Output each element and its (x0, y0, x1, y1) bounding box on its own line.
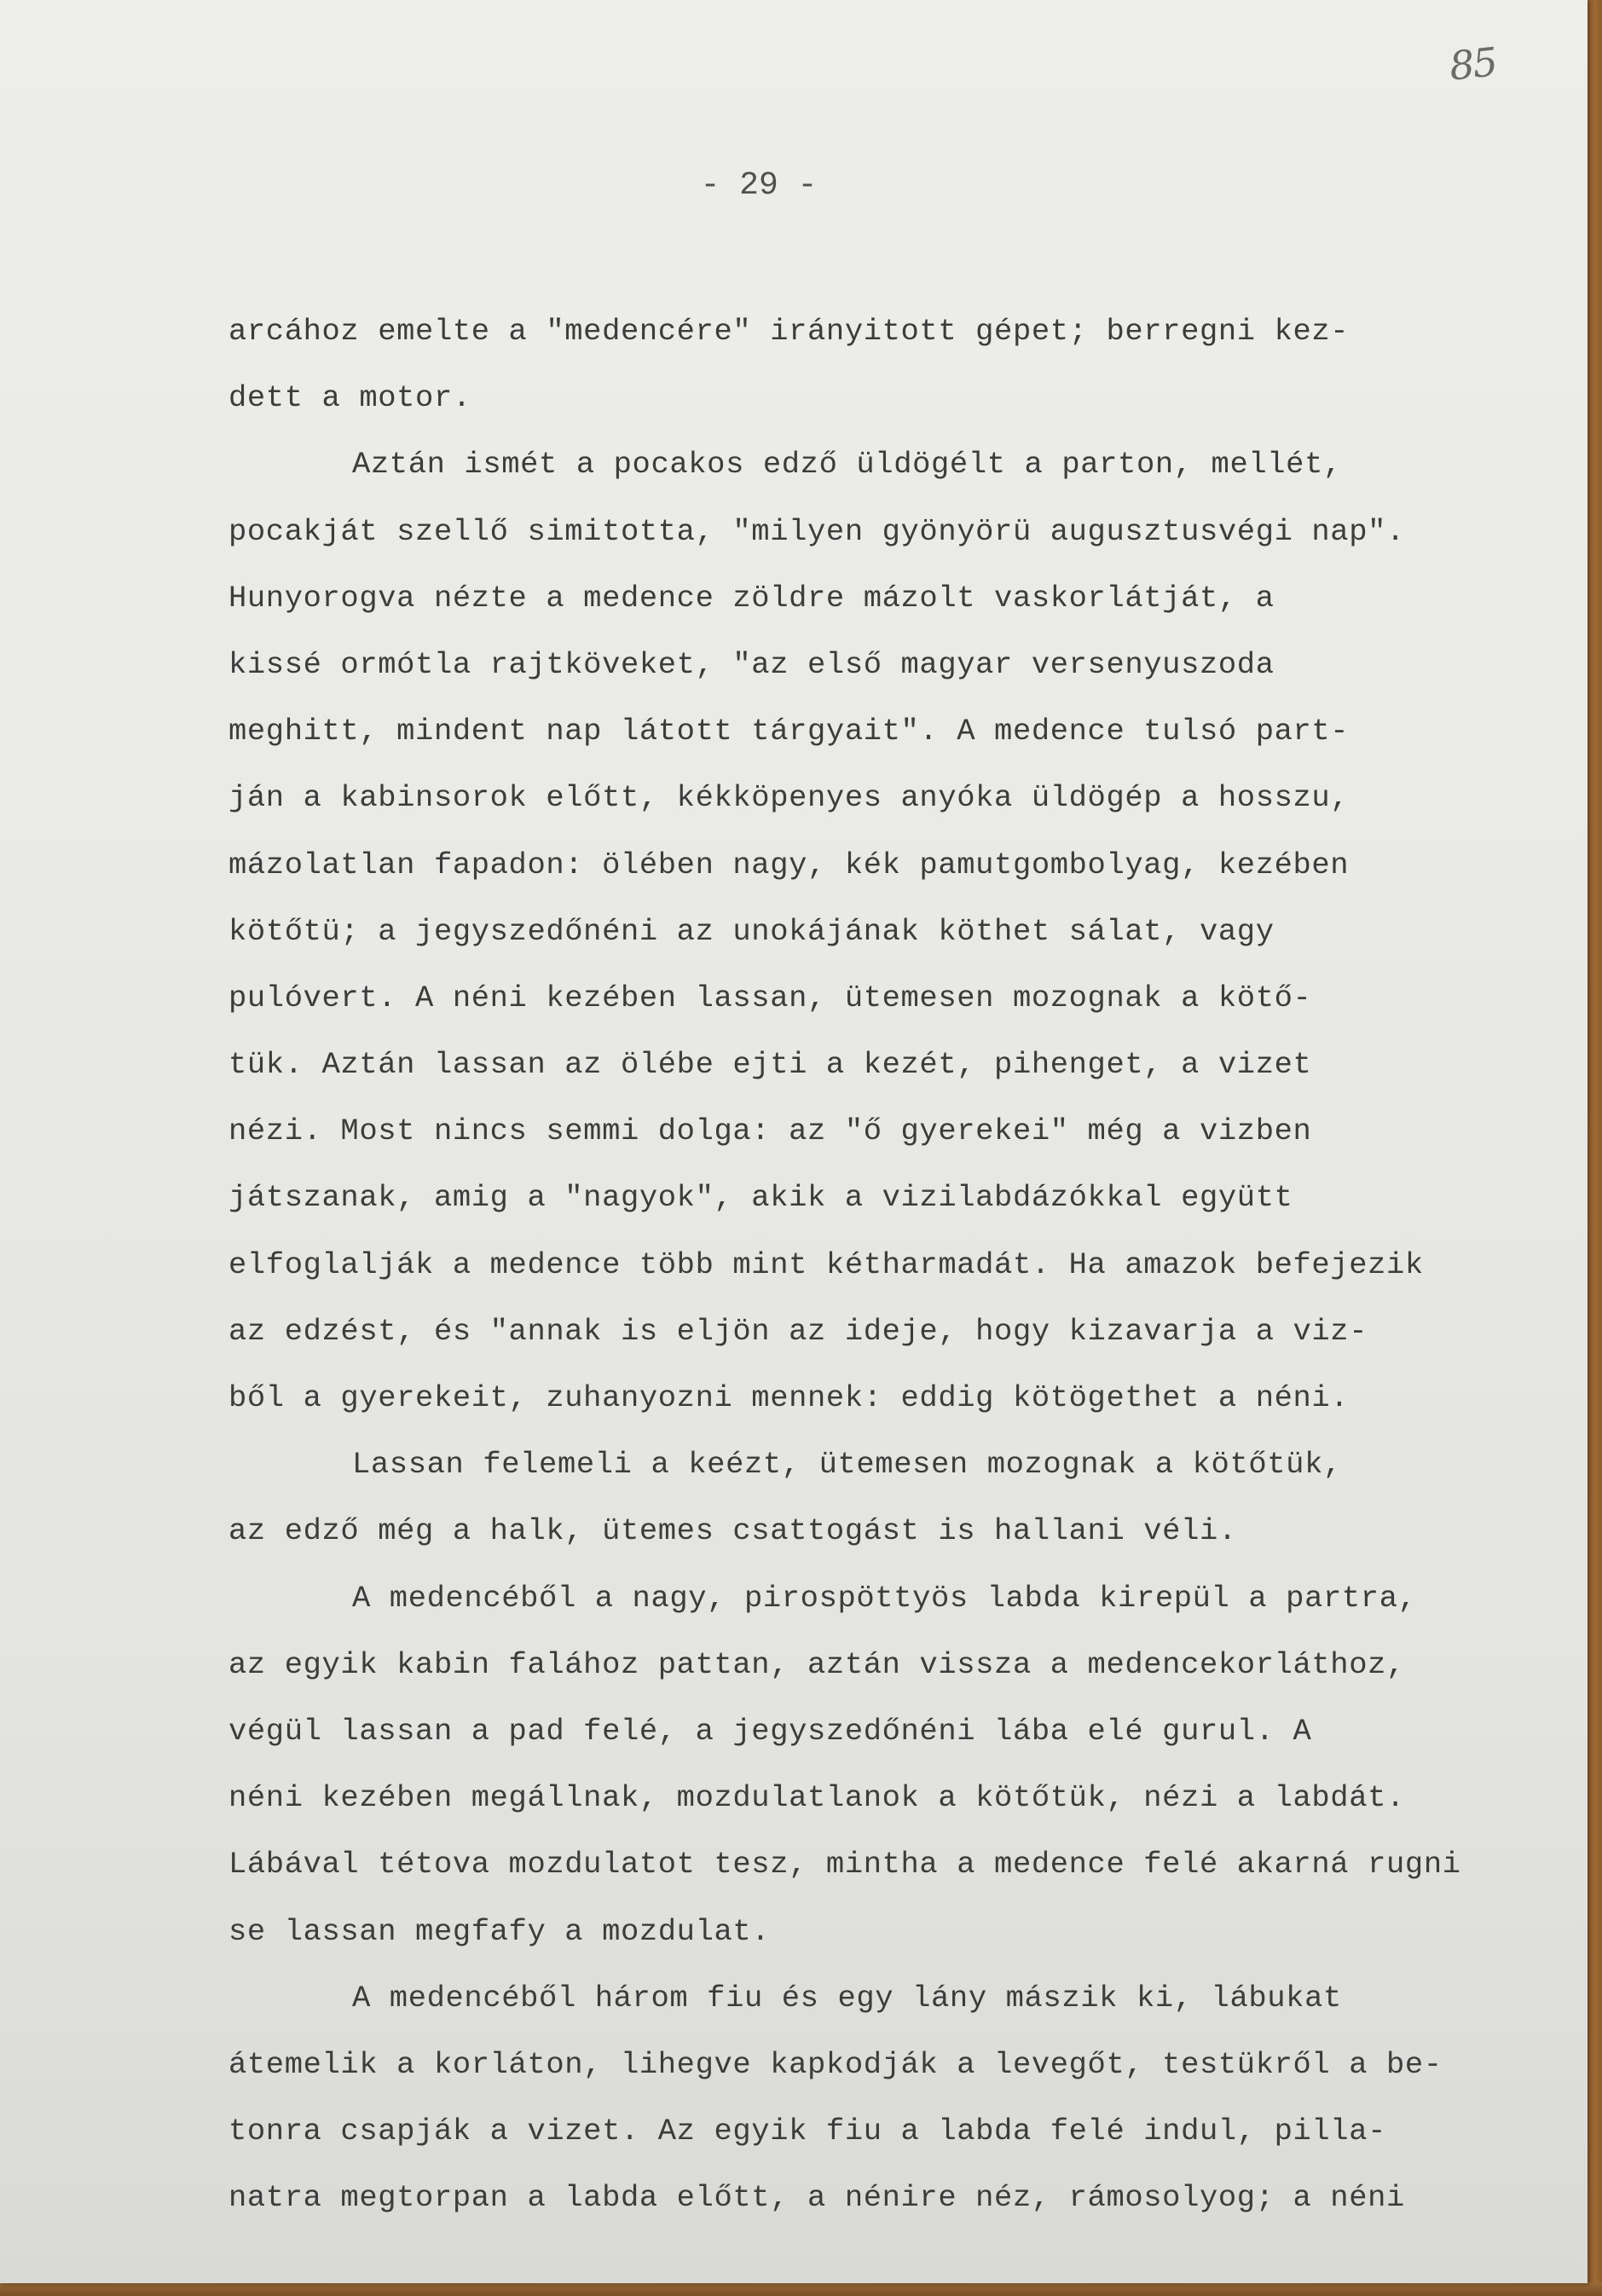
text-line: Lábával tétova mozdulatot tesz, mintha a… (228, 1831, 1593, 1898)
text-line: nézi. Most nincs semmi dolga: az "ő gyer… (228, 1098, 1593, 1165)
text-line: kissé ormótla rajtköveket, "az első magy… (228, 632, 1593, 698)
text-line: Lassan felemeli a keézt, ütemesen mozogn… (228, 1431, 1593, 1498)
text-line: néni kezében megállnak, mozdulatlanok a … (228, 1765, 1593, 1831)
text-line: Hunyorogva nézte a medence zöldre mázolt… (228, 565, 1593, 632)
text-line: az edzést, és "annak is eljön az ideje, … (228, 1298, 1593, 1365)
handwritten-folio-number: 85 (1447, 38, 1498, 89)
text-line: meghitt, mindent nap látott tárgyait". A… (228, 698, 1593, 765)
text-line: ből a gyerekeit, zuhanyozni mennek: eddi… (228, 1365, 1593, 1431)
text-line: átemelik a korláton, lihegve kapkodják a… (228, 2032, 1593, 2098)
text-line: az edző még a halk, ütemes csattogást is… (228, 1498, 1593, 1564)
text-line: arcához emelte a "medencére" irányitott … (228, 298, 1593, 365)
text-line: Aztán ismét a pocakos edző üldögélt a pa… (228, 431, 1593, 498)
text-line: tük. Aztán lassan az ölébe ejti a kezét,… (228, 1032, 1593, 1098)
page-number: - 29 - (0, 167, 1518, 204)
text-line: ján a kabinsorok előtt, kékköpenyes anyó… (228, 765, 1593, 831)
wooden-table-edge-bottom (0, 2282, 1602, 2296)
typewritten-page: 85 - 29 - arcához emelte a "medencére" i… (0, 0, 1588, 2283)
text-line: natra megtorpan a labda előtt, a nénire … (228, 2165, 1593, 2231)
text-line: pulóvert. A néni kezében lassan, ütemese… (228, 965, 1593, 1032)
text-line: mázolatlan fapadon: ölében nagy, kék pam… (228, 832, 1593, 899)
text-line: elfoglalják a medence több mint kétharma… (228, 1232, 1593, 1298)
text-line: tonra csapják a vizet. Az egyik fiu a la… (228, 2098, 1593, 2165)
text-line: pocakját szellő simitotta, "milyen gyöny… (228, 499, 1593, 565)
text-line: az egyik kabin falához pattan, aztán vis… (228, 1632, 1593, 1698)
text-line: kötőtü; a jegyszedőnéni az unokájának kö… (228, 899, 1593, 965)
text-line: A medencéből három fiu és egy lány mászi… (228, 1965, 1593, 2032)
text-line: dett a motor. (228, 365, 1593, 431)
body-text: arcához emelte a "medencére" irányitott … (228, 298, 1593, 2231)
text-line: A medencéből a nagy, pirospöttyös labda … (228, 1565, 1593, 1632)
text-line: végül lassan a pad felé, a jegyszedőnéni… (228, 1698, 1593, 1765)
text-line: játszanak, amig a "nagyok", akik a vizil… (228, 1165, 1593, 1231)
text-line: se lassan megfafy a mozdulat. (228, 1899, 1593, 1965)
